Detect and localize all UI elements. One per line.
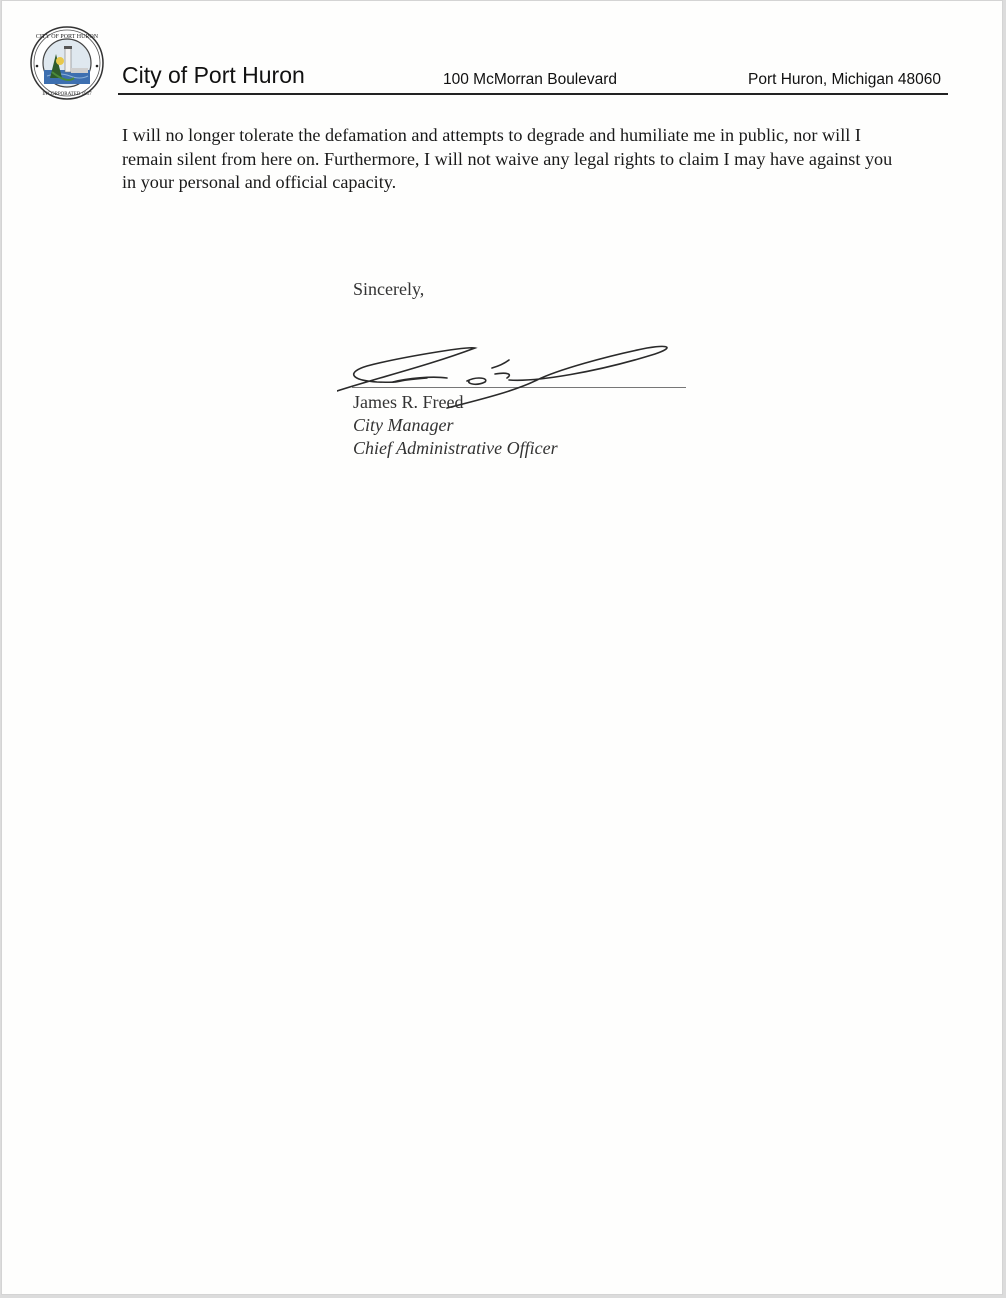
svg-text:CITY OF PORT HURON: CITY OF PORT HURON [36,34,99,40]
letter-body: I will no longer tolerate the defamation… [122,124,902,195]
document-page: CITY OF PORT HURON INCORPORATED 1857 Cit… [1,0,1003,1295]
body-paragraph: I will no longer tolerate the defamation… [122,124,902,195]
signer-block: James R. Freed City Manager Chief Admini… [353,391,558,460]
letterhead-address: 100 McMorran Boulevard [443,71,617,89]
letterhead-city-state-zip: Port Huron, Michigan 48060 [748,71,941,89]
signer-subtitle: Chief Administrative Officer [353,437,558,460]
letterhead-divider [118,93,948,95]
letterhead-title: City of Port Huron [122,62,305,89]
city-seal-icon: CITY OF PORT HURON INCORPORATED 1857 [30,26,104,100]
signer-name: James R. Freed [353,391,558,414]
svg-text:INCORPORATED 1857: INCORPORATED 1857 [42,92,92,97]
closing-salutation: Sincerely, [353,279,424,300]
signer-title: City Manager [353,414,558,437]
